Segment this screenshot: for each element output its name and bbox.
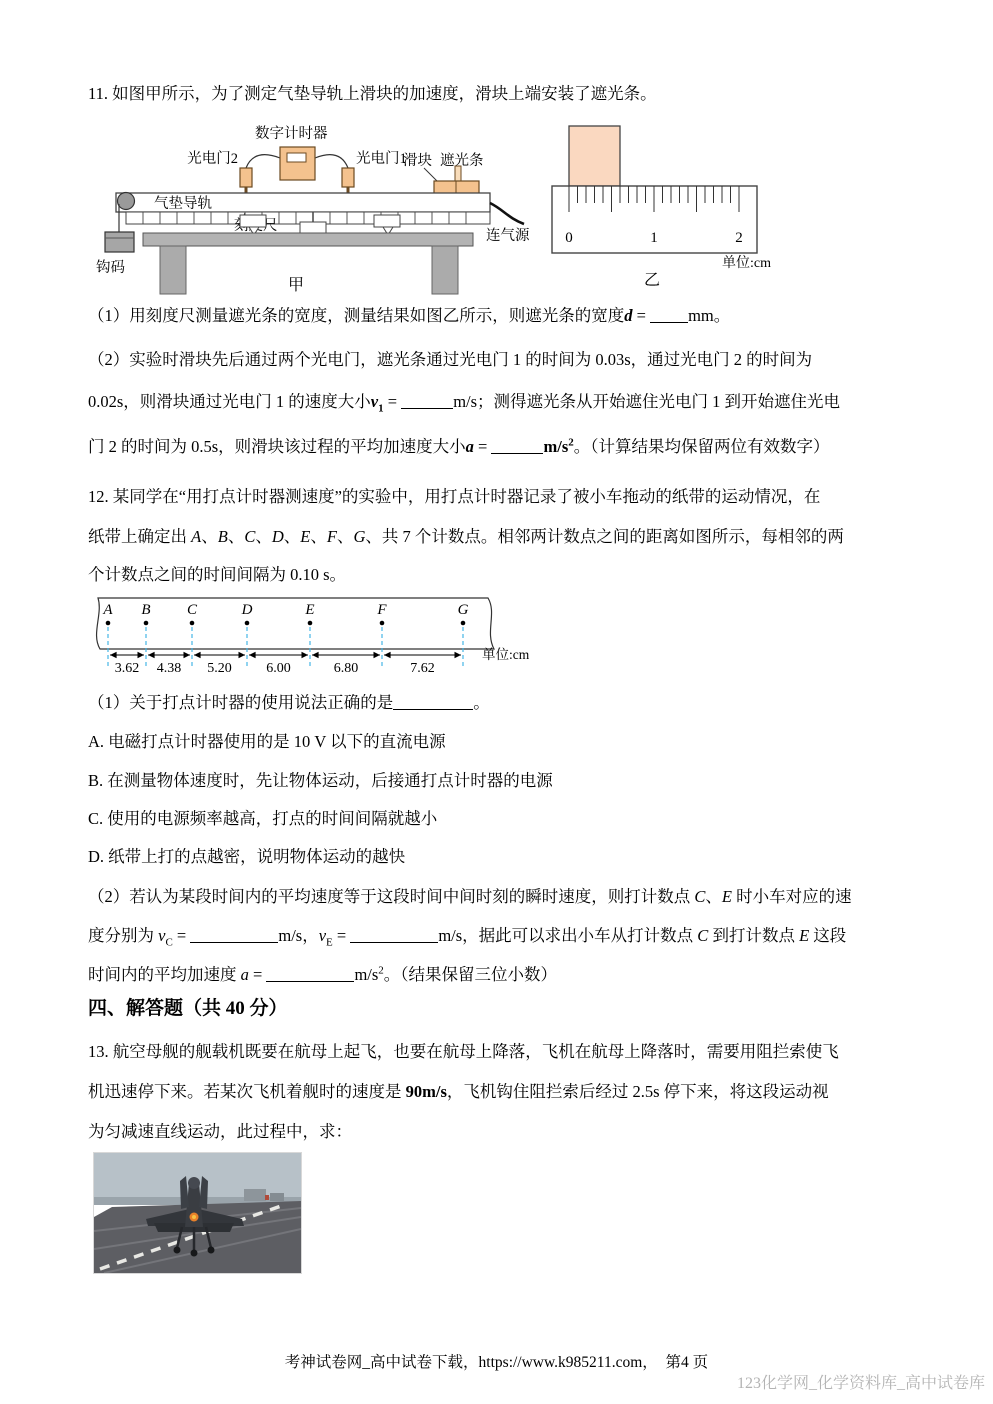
hanging-weight [105,232,134,252]
tape-outline [97,598,494,649]
digital-timer-box [280,147,315,180]
ruler-number-1: 1 [650,230,658,246]
air-source-tube [490,203,524,224]
svg-text:G: G [458,602,469,618]
svg-text:4.38: 4.38 [157,661,182,676]
q12-tape-figure: A B C D E F G [88,592,918,689]
svg-text:5.20: 5.20 [207,661,232,676]
wire-gate2 [246,155,280,168]
svg-text:6.00: 6.00 [266,661,291,676]
photogate-1 [342,168,354,187]
jet-photo-illustration [94,1153,301,1273]
table-leg-right [432,246,458,294]
q11-sub1: （1）用刻度尺测量遮光条的宽度，测量结果如图乙所示，则遮光条的宽度d = mm。 [88,306,918,326]
ruler-number-2: 2 [735,230,743,246]
q12-option-d: D. 纸带上打的点越密，说明物体运动的越快 [88,847,918,867]
measured-strip-block [569,126,620,186]
q12-sub1: （1）关于打点计时器的使用说法正确的是。 [88,693,918,713]
photogate-2 [240,168,252,187]
svg-text:E: E [304,602,314,618]
q12-option-a: A. 电磁打点计时器使用的是 10 V 以下的直流电源 [88,732,918,752]
svg-text:B: B [141,602,150,618]
q11-figure-row: 数字计时器 光电门2 光电门1 滑块 遮光条 [88,118,918,300]
svg-text:D: D [241,602,253,618]
q12-stem-line3: 个计数点之间的时间间隔为 0.10 s。 [88,565,918,585]
svg-text:6.80: 6.80 [334,661,359,676]
tape-unit-label: 单位:cm [482,647,530,662]
tape-distance-labels: 3.62 4.38 5.20 6.00 6.80 7.62 [115,661,435,676]
q12-option-b: B. 在测量物体速度时，先让物体运动，后接通打点计时器的电源 [88,771,918,791]
svg-text:7.62: 7.62 [410,661,435,676]
timer-display [287,153,306,162]
q12-sub2-line1: （2）若认为某段时间内的平均速度等于这段时间中间时刻的瞬时速度，则打计数点 C、… [88,887,918,907]
q11-sub2-line1: （2）实验时滑块先后通过两个光电门，遮光条通过光电门 1 的时间为 0.03s，… [88,350,918,370]
island-structure [244,1189,266,1201]
q12-stem-line1: 12. 某同学在“用打点计时器测速度”的实验中，用打点计时器记录了被小车拖动的纸… [88,487,918,507]
figure-yi-ruler-diagram: 0 1 2 单位:cm 乙 [545,107,785,293]
slider-pointer-line [424,168,438,182]
exam-content: 11. 如图甲所示，为了测定气垫导轨上滑块的加速度，滑块上端安装了遮光条。 数字… [0,0,918,1274]
label-photogate-2: 光电门2 [187,149,238,167]
page-footer: 考神试卷网_高中试卷下载，https://www.k985211.com， 第4… [0,1350,993,1372]
q12-sub2-line2: 度分别为 vC = m/s，vE = m/s，据此可以求出小车从打计数点 C 到… [88,926,918,946]
svg-text:3.62: 3.62 [115,661,140,676]
label-air-source: 连气源 [486,227,530,244]
q12-sub2-line3: 时间内的平均加速度 a = m/s2。（结果保留三位小数） [88,965,918,985]
red-marking [265,1195,269,1200]
ruler-number-0: 0 [565,230,573,246]
tape-diagram: A B C D E F G [88,592,558,684]
jet-landing-photo [93,1152,302,1274]
support-foot-right [374,215,400,227]
q12-stem-line2: 纸带上确定出 A、B、C、D、E、F、G、共 7 个计数点。相邻两计数点之间的距… [88,527,918,547]
wire-gate1 [315,155,348,168]
q12-option-c: C. 使用的电源频率越高，打点的时间间隔就越小 [88,809,918,829]
ruler-unit-label: 单位:cm [722,255,771,271]
table-top [143,233,473,246]
section-4-header: 四、解答题（共 40 分） [88,998,918,1020]
label-slider: 滑块 [403,152,432,169]
q13-line2: 机迅速停下来。若某次飞机着舰时的速度是 90m/s，飞机钩住阻拦索后经过 2.5… [88,1082,918,1102]
table-leg-left [160,246,186,294]
center-support-block [300,222,326,233]
q11-sub2-line3: 门 2 的时间为 0.5s，则滑块该过程的平均加速度大小a = m/s2。（计算… [88,437,918,457]
label-shading-strip: 遮光条 [440,152,484,169]
site-watermark: 123化学网_化学资料库_高中试卷库 [737,1370,985,1393]
svg-text:A: A [102,602,113,618]
support-foot-left [240,215,266,227]
q11-stem: 11. 如图甲所示，为了测定气垫导轨上滑块的加速度，滑块上端安装了遮光条。 [88,84,918,104]
svg-text:C: C [187,602,198,618]
deck-structure [270,1193,284,1201]
q13-line3: 为匀减速直线运动，此过程中，求： [88,1122,918,1142]
label-air-track: 气垫导轨 [154,194,212,212]
label-photogate-1: 光电门1 [356,149,407,167]
svg-text:F: F [376,602,387,618]
label-digital-timer: 数字计时器 [255,125,328,142]
shading-strip [455,166,461,181]
q13-line1: 13. 航空母舰的舰载机既要在航母上起飞，也要在航母上降落，飞机在航母上降落时，… [88,1042,918,1062]
figure-yi-caption: 乙 [644,272,660,289]
figure-jia-air-track-diagram: 数字计时器 光电门2 光电门1 滑块 遮光条 [88,118,548,300]
figure-jia-caption: 甲 [288,276,304,294]
q11-sub2-line2: 0.02s，则滑块通过光电门 1 的速度大小v1 = m/s；测得遮光条从开始遮… [88,392,918,412]
exam-page: 11. 如图甲所示，为了测定气垫导轨上滑块的加速度，滑块上端安装了遮光条。 数字… [0,0,993,1404]
pulley [118,193,135,210]
label-weight: 钩码 [96,259,125,276]
